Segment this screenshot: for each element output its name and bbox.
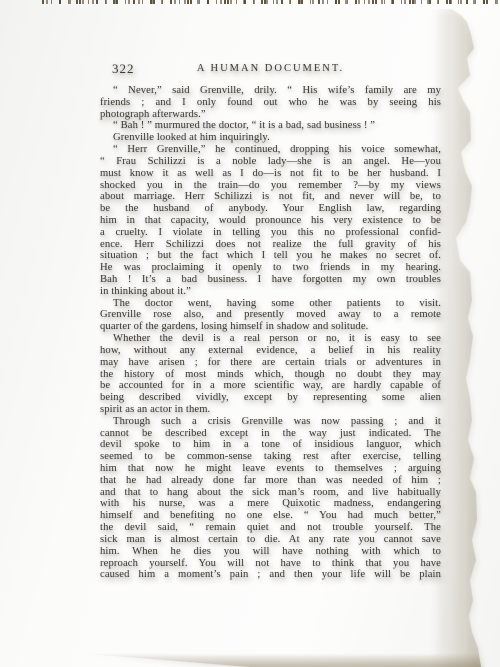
text-line: “ Frau Schilizzi is a noble lady—she is … [100, 156, 441, 168]
text-line: He was proclaiming it openly to two frie… [100, 262, 441, 274]
text-line: the devil said, “ remain quiet and not t… [100, 522, 441, 534]
text-line: photograph afterwards.” [100, 109, 441, 121]
text-line: shocked you in the train—do you remember… [100, 180, 441, 192]
text-line: “ Never,” said Grenville, drily. “ His w… [100, 85, 441, 97]
text-line: how, without any external evidence, a be… [100, 345, 441, 357]
text-line: a cruelty. I violate in telling you this… [100, 227, 441, 239]
text-line: him. When he dies you will have nothing … [100, 546, 441, 558]
text-line: ence. Herr Schilizzi does not realize th… [100, 239, 441, 251]
text-line: friends ; and I only found out who he wa… [100, 97, 441, 109]
text-line: being described vividly, except by repre… [100, 392, 441, 404]
text-line: that he had already done far more than w… [100, 475, 441, 487]
text-line: and that to hang about the sick man’s ro… [100, 487, 441, 499]
text-line: may have arisen ; for there are certain … [100, 357, 441, 369]
text-line: the history of most minds which, though … [100, 369, 441, 381]
text-line: him in that capacity, would pronounce hi… [100, 215, 441, 227]
text-line: with his nurse, was a mere Quixotic madn… [100, 498, 441, 510]
text-line: Whether the devil is a real person or no… [100, 333, 441, 345]
text-line: The doctor went, having some other patie… [100, 298, 441, 310]
text-line: himself and benefiting no one else. “ Yo… [100, 510, 441, 522]
text-line: about marriage. Herr Schilizzi is not fi… [100, 191, 441, 203]
text-line: be accounted for in a more scientific wa… [100, 380, 441, 392]
text-line: “ Bah ! ” murmured the doctor, “ it is a… [100, 120, 441, 132]
running-title: A HUMAN DOCUMENT. [100, 63, 441, 74]
book-page-wrapper: 322 A HUMAN DOCUMENT. “ Never,” said Gre… [0, 0, 500, 667]
page-body: “ Never,” said Grenville, drily. “ His w… [100, 85, 441, 581]
text-line: him that now he might leave events to th… [100, 463, 441, 475]
text-line: in thinking about it.” [100, 286, 441, 298]
text-line: devil spoke to him in a tone of insidiou… [100, 439, 441, 451]
book-page: 322 A HUMAN DOCUMENT. “ Never,” said Gre… [0, 0, 500, 667]
page-header: 322 A HUMAN DOCUMENT. [100, 61, 441, 77]
text-line: must know it as well as I do—is not fit … [100, 168, 441, 180]
text-line: Grenville looked at him inquiringly. [100, 132, 441, 144]
text-line: seemed to be common-sense taking rest af… [100, 451, 441, 463]
text-line: caused him a moment’s pain ; and then yo… [100, 569, 441, 581]
text-line: reproach yourself. You will not have to … [100, 558, 441, 570]
text-line: cannot be described except in the way ju… [100, 428, 441, 440]
text-line: be the husband of anybody. Your English … [100, 203, 441, 215]
text-line: quarter of the gardens, losing himself i… [100, 321, 441, 333]
text-line: Grenville rose also, and presently moved… [100, 309, 441, 321]
text-line: sick man is almost certain to die. At an… [100, 534, 441, 546]
text-line: Through such a crisis Grenville was now … [100, 416, 441, 428]
text-line: situation ; but the fact which I tell yo… [100, 250, 441, 262]
text-line: “ Herr Grenville,” he continued, droppin… [100, 144, 441, 156]
text-line: Bah ! It’s a bad business. I have forgot… [100, 274, 441, 286]
text-line: spirit as an actor in them. [100, 404, 441, 416]
